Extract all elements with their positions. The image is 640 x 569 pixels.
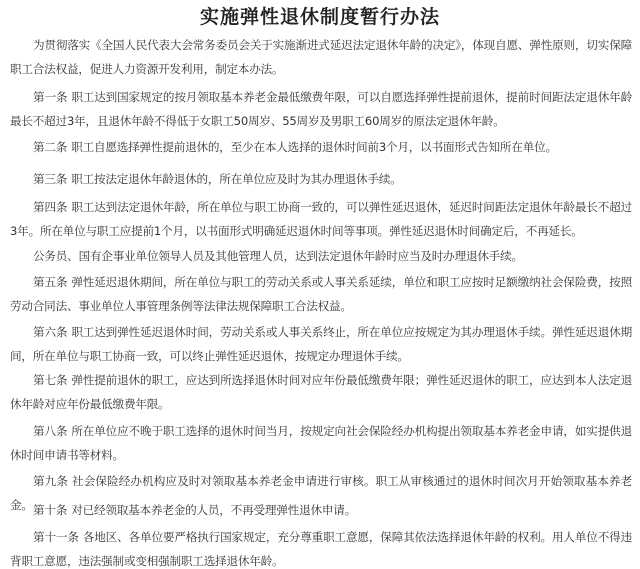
paragraph-text: 所在单位应不晚于职工选择的退休时间当月，按规定向社会保险经办机构提出领取基本养老… [10, 424, 632, 462]
article-5: 第五条弹性延迟退休期间，所在单位与职工的劳动关系或人事关系延续，单位和职工应按时… [10, 271, 632, 318]
article-number: 第八条 [33, 424, 67, 438]
article-number: 第十一条 [33, 530, 79, 544]
article-2: 第二条职工自愿选择弹性提前退休的，至少在本人选择的退休时间前3个月，以书面形式告… [10, 136, 632, 160]
article-3: 第三条职工按法定退休年龄退休的，所在单位应及时为其办理退休手续。 [10, 168, 632, 192]
article-number: 第六条 [33, 325, 67, 339]
paragraph-text: 各地区、各单位要严格执行国家规定，充分尊重职工意愿，保障其依法选择退休年龄的权利… [10, 530, 632, 568]
article-number: 第一条 [33, 90, 67, 104]
article-number: 第十条 [33, 503, 67, 517]
civil-servants-paragraph: 公务员、国有企事业单位领导人员及其他管理人员，达到法定退休年龄时应当及时办理退休… [10, 245, 632, 269]
paragraph-text: 职工达到国家规定的按月领取基本养老金最低缴费年限，可以自愿选择弹性提前退休，提前… [10, 90, 632, 128]
paragraph-text: 职工达到法定退休年龄，所在单位与职工协商一致的，可以弹性延迟退休，延迟时间距法定… [10, 200, 632, 238]
article-number: 第五条 [33, 275, 67, 289]
paragraph-text: 弹性延迟退休期间，所在单位与职工的劳动关系或人事关系延续，单位和职工应按时足额缴… [10, 275, 632, 313]
paragraph-text: 对已经领取基本养老金的人员，不再受理弹性退休申请。 [71, 503, 356, 517]
article-6: 第六条职工达到弹性延迟退休时间，劳动关系或人事关系终止，所在单位应按规定为其办理… [10, 321, 632, 368]
article-number: 第三条 [33, 172, 67, 186]
paragraph-text: 弹性提前退休的职工，应达到所选择退休时间对应年份最低缴费年限；弹性延迟退休的职工… [10, 373, 632, 411]
paragraph-text: 为贯彻落实《全国人民代表大会常务委员会关于实施渐进式延迟法定退休年龄的决定》，体… [10, 38, 632, 76]
article-1: 第一条职工达到国家规定的按月领取基本养老金最低缴费年限，可以自愿选择弹性提前退休… [10, 86, 632, 133]
article-7: 第七条弹性提前退休的职工，应达到所选择退休时间对应年份最低缴费年限；弹性延迟退休… [10, 369, 632, 416]
document-title: 实施弹性退休制度暂行办法 [0, 4, 640, 30]
paragraph-text: 职工按法定退休年龄退休的，所在单位应及时为其办理退休手续。 [71, 172, 401, 186]
paragraph-text: 职工达到弹性延迟退休时间，劳动关系或人事关系终止，所在单位应按规定为其办理退休手… [10, 325, 632, 363]
article-11: 第十一条各地区、各单位要严格执行国家规定，充分尊重职工意愿，保障其依法选择退休年… [10, 526, 632, 569]
article-10: 第十条对已经领取基本养老金的人员，不再受理弹性退休申请。 [10, 499, 632, 523]
article-number: 第四条 [33, 200, 67, 214]
paragraph-text: 职工自愿选择弹性提前退休的，至少在本人选择的退休时间前3个月，以书面形式告知所在… [71, 140, 557, 154]
article-number: 第七条 [33, 373, 67, 387]
article-8: 第八条所在单位应不晚于职工选择的退休时间当月，按规定向社会保险经办机构提出领取基… [10, 420, 632, 467]
document-page: 实施弹性退休制度暂行办法 为贯彻落实《全国人民代表大会常务委员会关于实施渐进式延… [0, 0, 640, 569]
article-number: 第二条 [33, 140, 67, 154]
paragraph-text: 公务员、国有企事业单位领导人员及其他管理人员，达到法定退休年龄时应当及时办理退休… [33, 249, 523, 263]
article-number: 第九条 [33, 474, 68, 488]
preamble-paragraph: 为贯彻落实《全国人民代表大会常务委员会关于实施渐进式延迟法定退休年龄的决定》，体… [10, 34, 632, 81]
article-4: 第四条职工达到法定退休年龄，所在单位与职工协商一致的，可以弹性延迟退休，延迟时间… [10, 196, 632, 243]
